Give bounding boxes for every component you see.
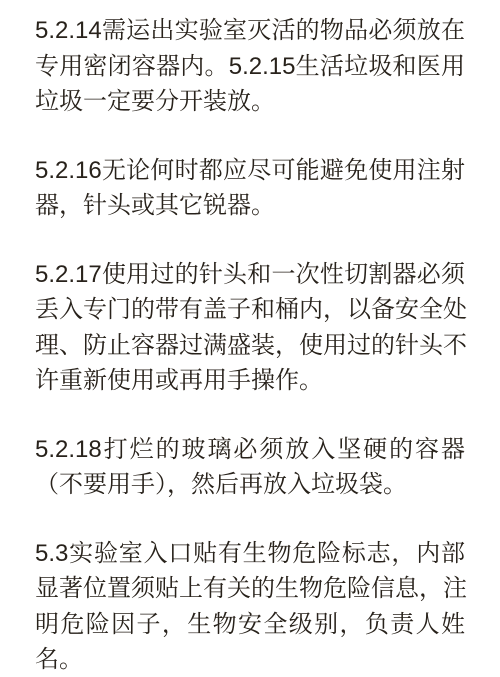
text-line: 专用密闭容器内。5.2.15生活垃圾和医用 (35, 49, 465, 85)
paragraph: 5.2.18打烂的玻璃必须放入坚硬的容器（不要用手），然后再放入垃圾袋。 (35, 432, 465, 503)
document-page: 5.2.14需运出实验室灭活的物品必须放在专用密闭容器内。5.2.15生活垃圾和… (0, 0, 500, 677)
text-line: 5.2.17使用过的针头和一次性切割器必须 (35, 257, 465, 293)
text-line: 5.3实验室入口贴有生物危险标志，内部 (35, 536, 465, 572)
text-line: 5.2.16无论何时都应尽可能避免使用注射 (35, 153, 465, 189)
text-line: 显著位置须贴上有关的生物危险信息，注 (35, 571, 465, 607)
text-line: 明危险因子，生物安全级别，负责人姓 (35, 607, 465, 643)
paragraph: 5.2.17使用过的针头和一次性切割器必须丢入专门的带有盖子和桶内，以备安全处理… (35, 257, 465, 399)
text-line: 许重新使用或再用手操作。 (35, 363, 465, 399)
text-line: 名。 (35, 642, 465, 677)
paragraph: 5.2.16无论何时都应尽可能避免使用注射器，针头或其它锐器。 (35, 153, 465, 224)
paragraph: 5.2.14需运出实验室灭活的物品必须放在专用密闭容器内。5.2.15生活垃圾和… (35, 13, 465, 120)
paragraph: 5.3实验室入口贴有生物危险标志，内部显著位置须贴上有关的生物危险信息，注明危险… (35, 536, 465, 677)
text-line: 丢入专门的带有盖子和桶内，以备安全处 (35, 292, 465, 328)
text-line: 5.2.14需运出实验室灭活的物品必须放在 (35, 13, 465, 49)
text-line: 5.2.18打烂的玻璃必须放入坚硬的容器 (35, 432, 465, 468)
text-line: 垃圾一定要分开装放。 (35, 84, 465, 120)
text-line: 理、防止容器过满盛装，使用过的针头不 (35, 328, 465, 364)
text-line: 器，针头或其它锐器。 (35, 188, 465, 224)
text-line: （不要用手），然后再放入垃圾袋。 (35, 467, 465, 503)
